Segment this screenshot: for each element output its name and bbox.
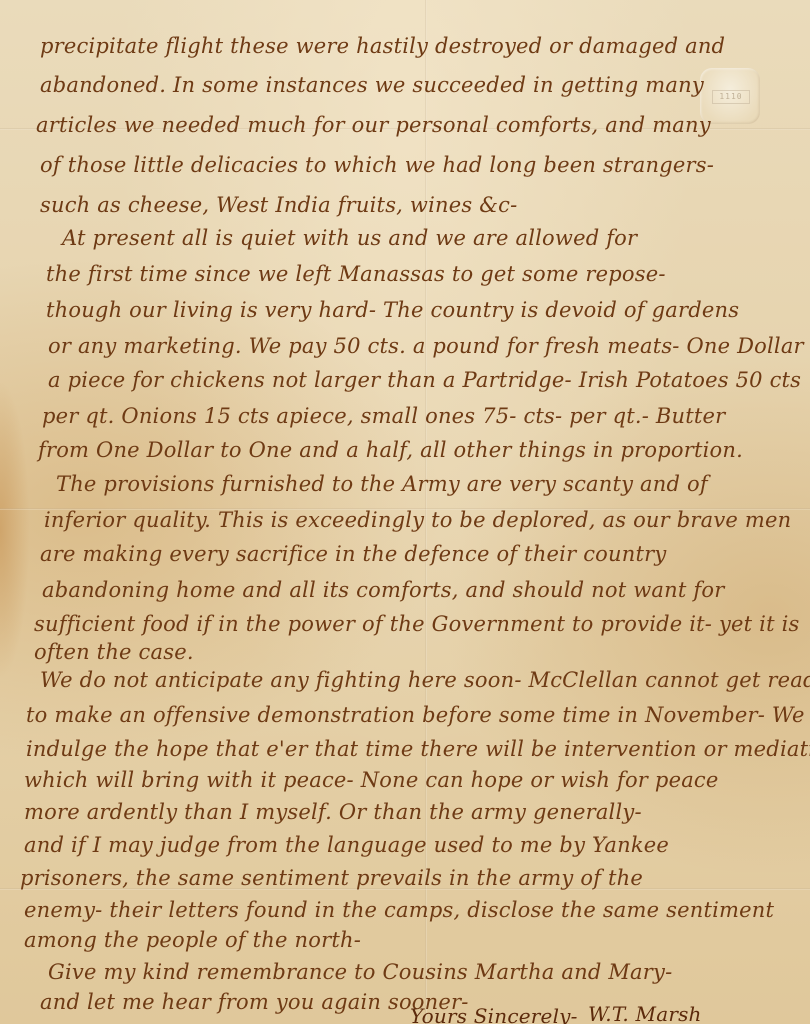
letter-line: from One Dollar to One and a half, all o…	[38, 438, 743, 462]
letter-line: Give my kind remembrance to Cousins Mart…	[48, 960, 672, 984]
letter-line: inferior quality. This is exceedingly to…	[44, 508, 791, 532]
closing-text: Yours Sincerely-	[410, 1004, 578, 1024]
letter-line: the first time since we left Manassas to…	[46, 262, 666, 286]
letter-line: abandoning home and all its comforts, an…	[42, 578, 724, 602]
letter-line: prisoners, the same sentiment prevails i…	[20, 866, 643, 890]
letter-line: At present all is quiet with us and we a…	[62, 226, 637, 250]
letter-line: more ardently than I myself. Or than the…	[24, 800, 642, 824]
letter-line: and let me hear from you again sooner-	[40, 990, 469, 1014]
letter-line: We do not anticipate any fighting here s…	[40, 668, 810, 692]
signature: W.T. Marsh	[588, 1002, 702, 1024]
letter-line: often the case.	[34, 640, 194, 664]
letter-line: precipitate flight these were hastily de…	[40, 34, 725, 58]
letter-line: are making every sacrifice in the defenc…	[40, 542, 666, 566]
letter-line: and if I may judge from the language use…	[24, 833, 669, 857]
letter-line: or any marketing. We pay 50 cts. a pound…	[48, 334, 804, 358]
paper-stain	[0, 380, 30, 680]
letter-line: The provisions furnished to the Army are…	[56, 472, 708, 496]
letter-line: such as cheese, West India fruits, wines…	[40, 193, 517, 217]
letter-line: abandoned. In some instances we succeede…	[40, 73, 704, 97]
letter-line: of those little delicacies to which we h…	[40, 153, 714, 177]
letter-line: though our living is very hard- The coun…	[46, 298, 739, 322]
letter-line: indulge the hope that e'er that time the…	[26, 737, 810, 761]
letter-line: articles we needed much for our personal…	[36, 113, 711, 137]
letter-line: a piece for chickens not larger than a P…	[48, 368, 801, 392]
letter-line: sufficient food if in the power of the G…	[34, 612, 800, 636]
letter-line: enemy- their letters found in the camps,…	[24, 898, 774, 922]
letter-line: among the people of the north-	[24, 928, 361, 952]
letter-line: to make an offensive demonstration befor…	[26, 703, 805, 727]
letter-page: 1110 precipitate flight these were hasti…	[0, 0, 810, 1024]
letter-line: which will bring with it peace- None can…	[24, 768, 719, 792]
emboss-stamp-text: 1110	[712, 90, 750, 104]
letter-line: per qt. Onions 15 cts apiece, small ones…	[42, 404, 725, 428]
